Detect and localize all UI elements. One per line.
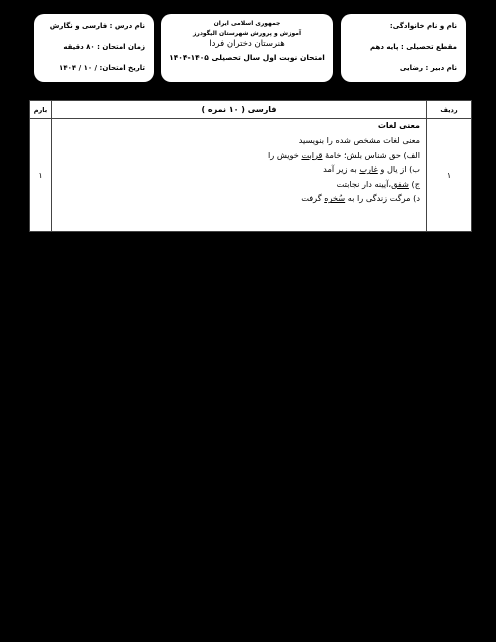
- student-info-box: نام و نام خانوادگی: مقطع تحصیلی : پایه د…: [341, 14, 466, 82]
- exam-table: ردیف فارسی ( ۱۰ نمره ) بارم ۱ معنی لغات …: [29, 100, 472, 232]
- teacher-label: نام دبیر : رضایی: [400, 64, 457, 72]
- question-item: الف) حق شناس بلش؛ خامهٔ قرابت خویش را: [52, 148, 420, 163]
- underlined-word: قرابت: [301, 150, 322, 160]
- country-label: جمهوری اسلامی ایران: [161, 20, 333, 27]
- student-name-label: نام و نام خانوادگی:: [390, 22, 457, 30]
- question-number: ۱: [427, 119, 472, 232]
- question-item: د) مرگت زندگی را به سُخره گرفت: [52, 191, 420, 206]
- exam-info-box: نام درس : فارسی و نگارش زمان امتحان : ۸۰…: [34, 14, 154, 82]
- subject-label: نام درس : فارسی و نگارش: [50, 22, 145, 30]
- row-header: ردیف: [427, 101, 472, 119]
- school-name: هنرستان دختران فردا: [161, 39, 333, 49]
- duration-label: زمان امتحان : ۸۰ دقیقه: [63, 43, 145, 51]
- question-score: ۱: [30, 119, 52, 232]
- date-label: تاریخ امتحان: / ۱۰ / ۱۴۰۴: [59, 64, 145, 72]
- grade-label: مقطع تحصیلی : پایه دهم: [370, 43, 457, 51]
- table-row: ۱ معنی لغات معنی لغات مشخص شده را بنویسی…: [30, 119, 472, 232]
- underlined-word: سُخره: [324, 193, 345, 203]
- question-instruction: معنی لغات مشخص شده را بنویسید: [52, 133, 420, 148]
- score-header: بارم: [30, 101, 52, 119]
- question-body: معنی لغات معنی لغات مشخص شده را بنویسید …: [52, 119, 427, 232]
- school-header-box: جمهوری اسلامی ایران آموزش و پرورش شهرستا…: [161, 14, 333, 82]
- underlined-word: غارب: [359, 164, 377, 174]
- question-item: ب) از یال و غارب به زیر آمد: [52, 162, 420, 177]
- question-title: معنی لغات: [52, 121, 420, 130]
- underlined-word: شفق: [391, 179, 409, 189]
- exam-title: امتحان نوبت اول سال تحصیلی ۱۴۰۵-۱۴۰۴: [161, 53, 333, 62]
- education-office-label: آموزش و پرورش شهرستان الیگودرز: [161, 30, 333, 37]
- section-title-header: فارسی ( ۱۰ نمره ): [52, 101, 427, 119]
- question-item: ج) شفق،آیینه دار نجابتت: [52, 177, 420, 192]
- table-header-row: ردیف فارسی ( ۱۰ نمره ) بارم: [30, 101, 472, 119]
